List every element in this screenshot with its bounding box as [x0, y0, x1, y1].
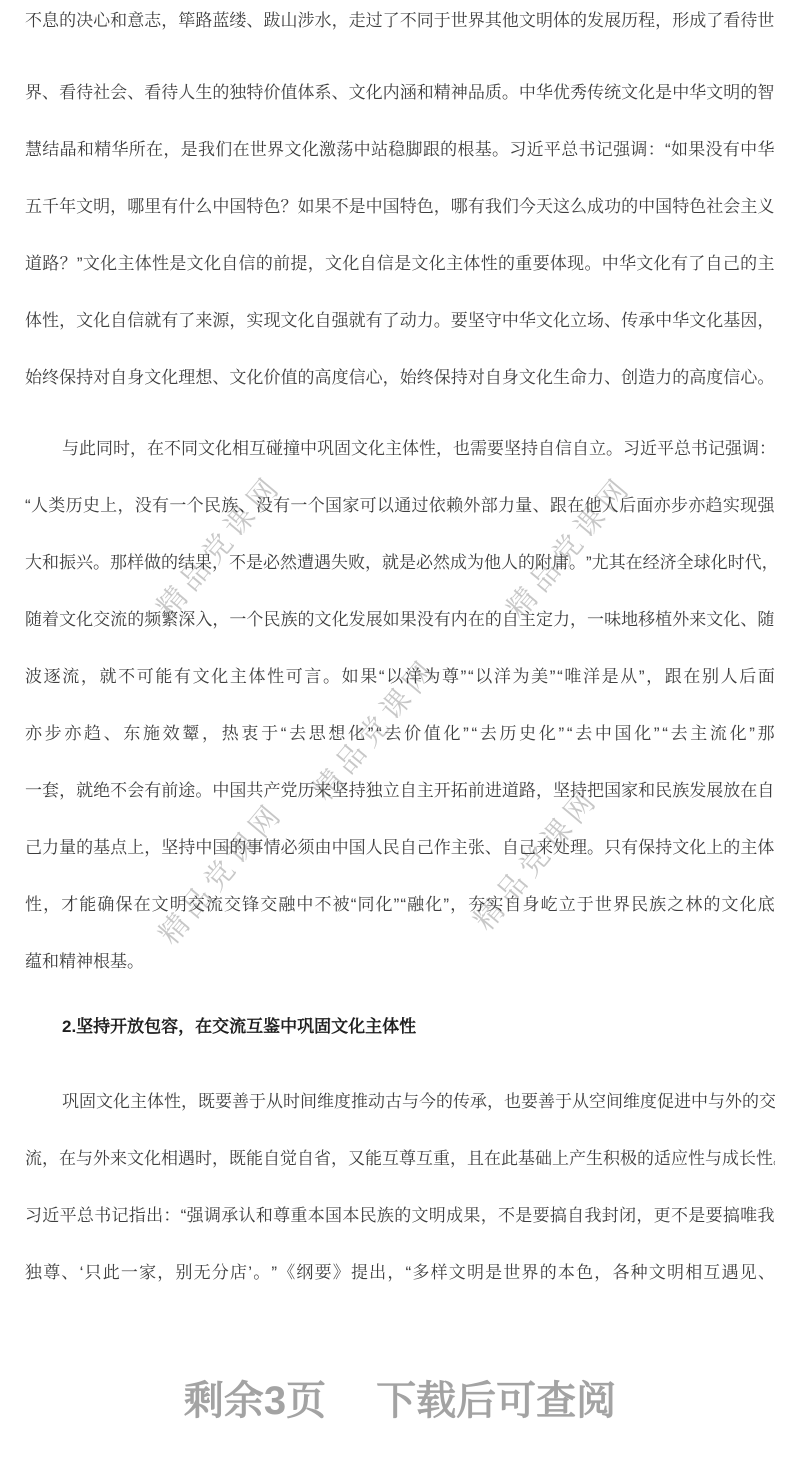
text-line-22: 独尊、‘只此一家，别无分店’。”《纲要》提出，“多样文明是世界的本色，各种文明相…: [25, 1244, 775, 1301]
document-page: 精品党课网精品党课网精品党课网精品党课网精品党课网 不息的决心和意志，筚路蓝缕、…: [0, 0, 800, 1478]
text-line-11: 随着文化交流的频繁深入，一个民族的文化发展如果没有内在的自主定力，一味地移植外来…: [25, 591, 775, 648]
text-line-14: 一套，就绝不会有前途。中国共产党历来坚持独立自主开拓前进道路，坚持把国家和民族发…: [25, 762, 775, 819]
text-line-8: 与此同时，在不同文化相互碰撞中巩固文化主体性，也需要坚持自信自立。习近平总书记强…: [25, 420, 775, 477]
text-line-20: 流，在与外来文化相遇时，既能自觉自省，又能互尊互重，且在此基础上产生积极的适应性…: [25, 1130, 775, 1187]
text-line-16: 性，才能确保在文明交流交锋交融中不被“同化”“融化”，夯实自身屹立于世界民族之林…: [25, 876, 775, 933]
download-hint-label: 下载后可查阅: [376, 1379, 616, 1423]
preview-footer: 剩余3页 下载后可查阅: [0, 1379, 800, 1423]
section-heading: 2.坚持开放包容，在交流互鉴中巩固文化主体性: [25, 998, 775, 1055]
text-line-12: 波逐流，就不可能有文化主体性可言。如果“以洋为尊”“以洋为美”“唯洋是从”，跟在…: [25, 648, 775, 705]
text-line-21: 习近平总书记指出：“强调承认和尊重本国本民族的文明成果，不是要搞自我封闭，更不是…: [25, 1187, 775, 1244]
pages-remaining-label: 剩余3页: [184, 1379, 326, 1423]
text-line-7: 始终保持对自身文化理想、文化价值的高度信心，始终保持对自身文化生命力、创造力的高…: [25, 349, 775, 406]
text-line-19: 巩固文化主体性，既要善于从时间维度推动古与今的传承，也要善于从空间维度促进中与外…: [25, 1073, 775, 1130]
text-line-10: 大和振兴。那样做的结果，不是必然遭遇失败，就是必然成为他人的附庸。”尤其在经济全…: [25, 534, 775, 591]
text-line-15: 己力量的基点上，坚持中国的事情必须由中国人民自己作主张、自己来处理。只有保持文化…: [25, 819, 775, 876]
text-line-6: 体性，文化自信就有了来源，实现文化自强就有了动力。要坚守中华文化立场、传承中华文…: [25, 292, 775, 349]
text-line-1: 不息的决心和意志，筚路蓝缕、跋山涉水，走过了不同于世界其他文明体的发展历程，形成…: [25, 2, 775, 40]
text-line-2: 界、看待社会、看待人生的独特价值体系、文化内涵和精神品质。中华优秀传统文化是中华…: [25, 64, 775, 121]
text-line-13: 亦步亦趋、东施效颦，热衷于“去思想化”“去价值化”“去历史化”“去中国化”“去主…: [25, 705, 775, 762]
text-line-5: 道路？”文化主体性是文化自信的前提，文化自信是文化主体性的重要体现。中华文化有了…: [25, 235, 775, 292]
document-body: 不息的决心和意志，筚路蓝缕、跋山涉水，走过了不同于世界其他文明体的发展历程，形成…: [0, 0, 800, 1301]
text-line-4: 五千年文明，哪里有什么中国特色？如果不是中国特色，哪有我们今天这么成功的中国特色…: [25, 178, 775, 235]
text-line-3: 慧结晶和精华所在，是我们在世界文化激荡中站稳脚跟的根基。习近平总书记强调：“如果…: [25, 121, 775, 178]
text-line-9: “人类历史上，没有一个民族、没有一个国家可以通过依赖外部力量、跟在他人后面亦步亦…: [25, 477, 775, 534]
text-line-17: 蕴和精神根基。: [25, 933, 775, 990]
